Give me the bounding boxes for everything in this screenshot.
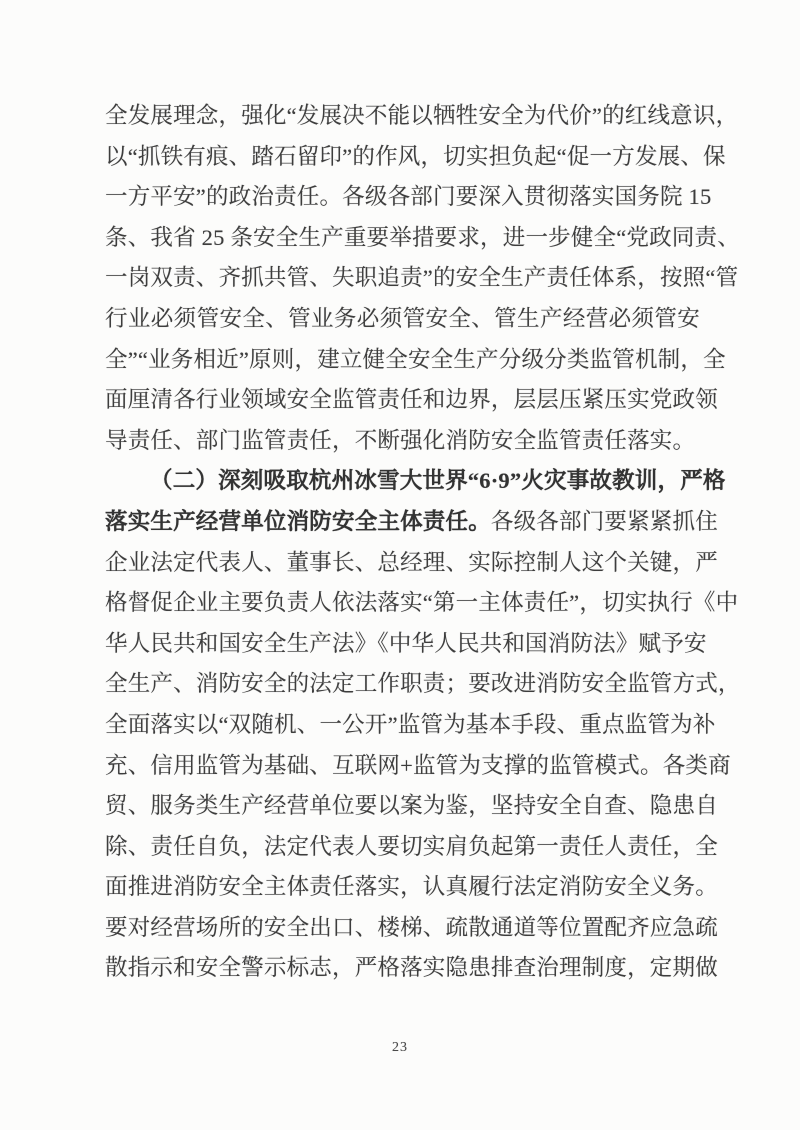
document-page: 全发展理念，强化“发展决不能以牺牲安全为代价”的红线意识，以“抓铁有痕、踏石留印… [0, 0, 800, 1130]
text-line: 行业必须管安全、管业务必须管安全、管生产经营必须管安 [105, 299, 700, 340]
text-line: 全面落实以“双随机、一公开”监管为基本手段、重点监管为补 [105, 705, 700, 746]
text-segment: 全生产、消防安全的法定工作职责；要改进消防安全监管方式， [105, 671, 741, 696]
text-line: 全生产、消防安全的法定工作职责；要改进消防安全监管方式， [105, 664, 700, 705]
text-line: 除、责任自负，法定代表人要切实肩负起第一责任人责任，全 [105, 827, 700, 868]
text-line: 散指示和安全警示标志，严格落实隐患排查治理制度，定期做 [105, 948, 700, 989]
text-segment: 格督促企业主要负责人依法落实“第一主体责任”，切实执行《中 [105, 590, 738, 615]
text-segment: 要对经营场所的安全出口、楼梯、疏散通道等位置配齐应急疏 [105, 915, 718, 940]
text-line: 导责任、部门监管责任，不断强化消防安全监管责任落实。 [105, 421, 700, 462]
text-segment: 散指示和安全警示标志，严格落实隐患排查治理制度，定期做 [105, 955, 718, 980]
text-line: 全发展理念，强化“发展决不能以牺牲安全为代价”的红线意识， [105, 96, 700, 137]
text-segment: 贸、服务类生产经营单位要以案为鉴，坚持安全自查、隐患自 [105, 793, 718, 818]
text-line: 贸、服务类生产经营单位要以案为鉴，坚持安全自查、隐患自 [105, 786, 700, 827]
text-segment: 全”“业务相近”原则，建立健全安全生产分级分类监管机制，全 [105, 347, 726, 372]
text-line: 华人民共和国安全生产法》《中华人民共和国消防法》赋予安 [105, 624, 700, 665]
text-segment: 面厘清各行业领域安全监管责任和边界，层层压紧压实党政领 [105, 387, 718, 412]
text-line: 以“抓铁有痕、踏石留印”的作风，切实担负起“促一方发展、保 [105, 137, 700, 178]
text-segment: 全发展理念，强化“发展决不能以牺牲安全为代价”的红线意识， [105, 103, 738, 128]
bold-text-segment: （二）深刻吸取杭州冰雪大世界“6·9”火灾事故教训，严格 [150, 468, 726, 493]
text-segment: 一岗双责、齐抓共管、失职追责”的安全生产责任体系，按照“管 [105, 265, 738, 290]
text-segment: 导责任、部门监管责任，不断强化消防安全监管责任落实。 [105, 428, 695, 453]
text-line: 要对经营场所的安全出口、楼梯、疏散通道等位置配齐应急疏 [105, 908, 700, 949]
bold-text-segment: 落实生产经营单位消防安全主体责任。 [105, 509, 491, 534]
text-line: 面推进消防安全主体责任落实，认真履行法定消防安全义务。 [105, 867, 700, 908]
page-number: 23 [0, 1040, 800, 1056]
text-segment: 以“抓铁有痕、踏石留印”的作风，切实担负起“促一方发展、保 [105, 144, 726, 169]
text-segment: 充、信用监管为基础、互联网+监管为支撑的监管模式。各类商 [105, 753, 731, 778]
text-segment: 行业必须管安全、管业务必须管安全、管生产经营必须管安 [105, 306, 700, 331]
text-line: 充、信用监管为基础、互联网+监管为支撑的监管模式。各类商 [105, 746, 700, 787]
text-line: 全”“业务相近”原则，建立健全安全生产分级分类监管机制，全 [105, 340, 700, 381]
text-line: 落实生产经营单位消防安全主体责任。各级各部门要紧紧抓住 [105, 502, 700, 543]
text-line: 格督促企业主要负责人依法落实“第一主体责任”，切实执行《中 [105, 583, 700, 624]
text-line: （二）深刻吸取杭州冰雪大世界“6·9”火灾事故教训，严格 [105, 461, 700, 502]
text-segment: 企业法定代表人、董事长、总经理、实际控制人这个关键，严 [105, 550, 718, 575]
text-line: 一岗双责、齐抓共管、失职追责”的安全生产责任体系，按照“管 [105, 258, 700, 299]
text-segment: 面推进消防安全主体责任落实，认真履行法定消防安全义务。 [105, 874, 718, 899]
text-line: 条、我省 25 条安全生产重要举措要求，进一步健全“党政同责、 [105, 218, 700, 259]
text-segment: 全面落实以“双随机、一公开”监管为基本手段、重点监管为补 [105, 712, 716, 737]
text-line: 面厘清各行业领域安全监管责任和边界，层层压紧压实党政领 [105, 380, 700, 421]
text-line: 一方平安”的政治责任。各级各部门要深入贯彻落实国务院 15 [105, 177, 700, 218]
text-segment: 除、责任自负，法定代表人要切实肩负起第一责任人责任，全 [105, 834, 718, 859]
text-line: 企业法定代表人、董事长、总经理、实际控制人这个关键，严 [105, 543, 700, 584]
text-segment: 华人民共和国安全生产法》《中华人民共和国消防法》赋予安 [105, 631, 707, 656]
text-segment: 条、我省 25 条安全生产重要举措要求，进一步健全“党政同责、 [105, 225, 740, 250]
document-body: 全发展理念，强化“发展决不能以牺牲安全为代价”的红线意识，以“抓铁有痕、踏石留印… [105, 96, 700, 989]
text-segment: 一方平安”的政治责任。各级各部门要深入贯彻落实国务院 15 [105, 184, 711, 209]
text-segment: 各级各部门要紧紧抓住 [491, 509, 718, 534]
